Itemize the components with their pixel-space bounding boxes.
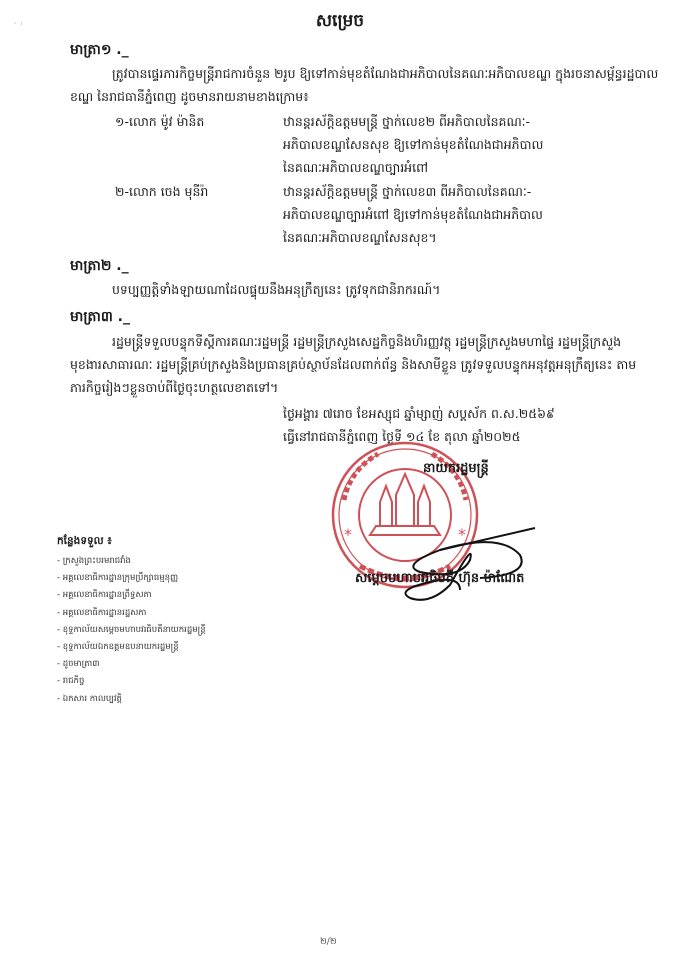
handwritten-signature [380,510,560,610]
person-2-line: អភិបាលខណ្ឌច្បារអំពៅ ឱ្យទៅកាន់មុខតំណែងជាអ… [283,203,663,226]
recipient-item: - អគ្គលេខាធិការដ្ឋានក្រុមប្រឹក្សាធម្មនុញ… [57,570,206,587]
recipient-item: - ខុទ្ទកាល័យឯកឧត្តមឧបនាយករដ្ឋមន្ត្រី [57,639,206,656]
article-1-heading: មាត្រា១ ._ [70,40,129,61]
article-2-heading: មាត្រា២ ._ [70,256,129,277]
person-2-name: ២-លោក ចេង មុនីរ៉ា [115,180,295,203]
person-2-line: នៃគណៈអភិបាលខណ្ឌសែនសុខ។ [283,226,663,249]
recipient-item: - ដូចមាត្រា៣ [57,656,206,673]
person-1-line: អភិបាលខណ្ឌសែនសុខ ឱ្យទៅកាន់មុខតំណែងជាអភិប… [283,133,663,156]
person-1-name: ១-លោក ម៉ូវ ម៉ានិត [115,110,295,133]
article-1-text: ត្រូវបានផ្ទេរភារកិច្ចមន្ត្រីរាជការចំនួន … [70,62,660,108]
person-1-line: នៃគណៈអភិបាលខណ្ឌច្បារអំពៅ [283,156,663,179]
person-1-line: ឋានន្តរស័ក្តិឧត្តមមន្ត្រី ថ្នាក់លេខ២ ពីអ… [283,110,663,133]
decree-page: ´ ˈ សម្រេច មាត្រា១ ._ ត្រូវបានផ្ទេរភារកិ… [0,0,680,960]
page-number: ២/២ [320,936,337,949]
recipient-item: - អគ្គលេខាធិការដ្ឋានរដ្ឋសភា [57,605,206,622]
lunar-date: ថ្ងៃអង្គារ ៧រោច ខែអស្សុជ ឆ្នាំម្សាញ់ សប្… [283,402,673,425]
prime-minister-title: នាយករដ្ឋមន្ត្រី [423,460,489,479]
signer-name: សម្តេចមហាបវរធិបតី ហ៊ុន ម៉ាណែត [355,570,524,589]
recipient-item: - អគ្គលេខាធិការដ្ឋានព្រឹទ្ធសភា [57,587,206,604]
article-2-text: បទប្បញ្ញត្តិទាំងឡាយណាដែលផ្ទុយនឹងអនុក្រឹត… [70,278,660,301]
recipient-item: - ខុទ្ទកាល័យសម្តេចមហាបវរធិបតីនាយករដ្ឋមន្… [57,622,206,639]
person-1-description: ឋានន្តរស័ក្តិឧត្តមមន្ត្រី ថ្នាក់លេខ២ ពីអ… [283,110,663,179]
svg-text:*: * [344,525,352,544]
recipient-item: - ក្រសួងព្រះបរមរាជវាំង [57,553,206,570]
recipient-item: - ឯកសារ កាលប្បវត្តិ [57,691,206,708]
recipients-title: កន្លែងទទួល ៖ [57,535,112,550]
person-2-description: ឋានន្តរស័ក្តិឧត្តមមន្ត្រី ថ្នាក់លេខ៣ ពីអ… [283,180,663,249]
article-3-text: រដ្ឋមន្ត្រីទទួលបន្ទុកទីស្តីការគណៈរដ្ឋមន្… [70,330,660,399]
page-title: សម្រេច [0,10,680,35]
article-3-heading: មាត្រា៣ ._ [70,307,130,328]
recipients-list: - ក្រសួងព្រះបរមរាជវាំង - អគ្គលេខាធិការដ្… [57,553,206,708]
person-2-line: ឋានន្តរស័ក្តិឧត្តមមន្ត្រី ថ្នាក់លេខ៣ ពីអ… [283,180,663,203]
recipient-item: - រាជកិច្ច [57,673,206,690]
